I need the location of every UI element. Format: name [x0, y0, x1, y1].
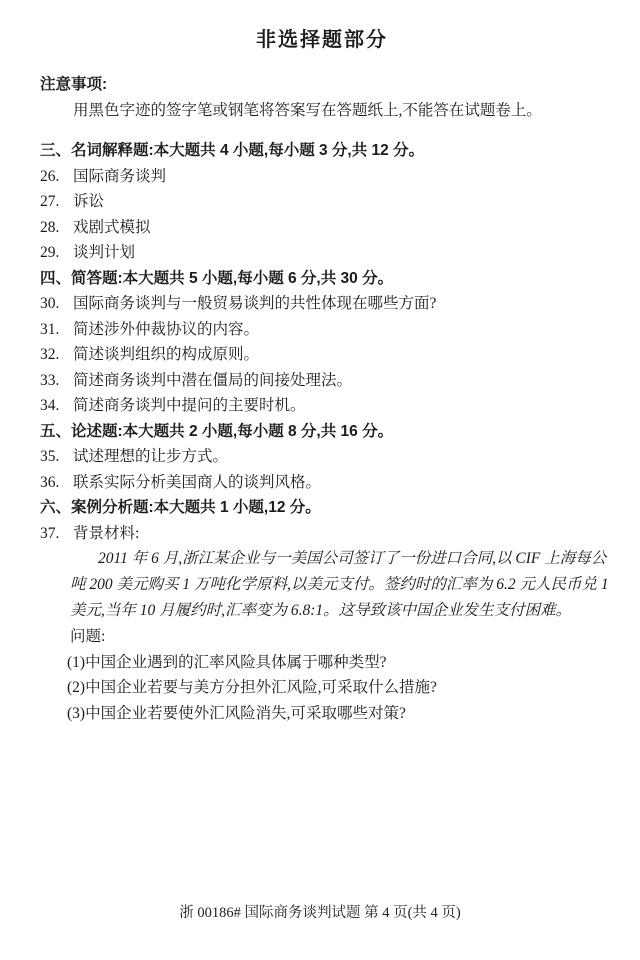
question-number: 27.	[40, 189, 73, 215]
question-number: 34.	[40, 393, 73, 419]
page-title: 非选择题部分	[40, 27, 604, 53]
question-item-30: 30. 国际商务谈判与一般贸易谈判的共性体现在哪些方面?	[40, 291, 604, 317]
case-question-3: (3)中国企业若要使外汇风险消失,可采取哪些对策?	[67, 701, 604, 727]
question-text: 戏剧式模拟	[73, 215, 151, 241]
question-item-35: 35. 试述理想的让步方式。	[40, 444, 604, 470]
question-item-33: 33. 简述商务谈判中潜在僵局的间接处理法。	[40, 368, 604, 394]
section-heading-3: 三、名词解释题:本大题共 4 小题,每小题 3 分,共 12 分。	[40, 138, 604, 164]
case-question-2: (2)中国企业若要与美方分担外汇风险,可采取什么措施?	[67, 675, 604, 701]
question-text: 国际商务谈判	[73, 164, 166, 190]
case-background-line: 2011 年 6 月,浙江某企业与一美国公司签订了一份进口合同,以 CIF 上海…	[70, 546, 604, 572]
case-questions-label: 问题:	[70, 624, 604, 650]
section-heading-5: 五、论述题:本大题共 2 小题,每小题 8 分,共 16 分。	[40, 419, 604, 445]
question-text: 背景材料:	[73, 521, 139, 547]
case-background-line: 吨 200 美元购买 1 万吨化学原料,以美元支付。签约时的汇率为 6.2 元人…	[70, 572, 604, 598]
notice-text: 用黑色字迹的签字笔或钢笔将答案写在答题纸上,不能答在试题卷上。	[40, 98, 604, 124]
section-heading-4: 四、简答题:本大题共 5 小题,每小题 6 分,共 30 分。	[40, 266, 604, 292]
question-text: 联系实际分析美国商人的谈判风格。	[73, 470, 321, 496]
question-number: 32.	[40, 342, 73, 368]
page-footer: 浙 00186# 国际商务谈判试题 第 4 页(共 4 页)	[0, 903, 640, 923]
question-number: 26.	[40, 164, 73, 190]
question-item-27: 27. 诉讼	[40, 189, 604, 215]
question-text: 诉讼	[73, 189, 104, 215]
question-item-34: 34. 简述商务谈判中提问的主要时机。	[40, 393, 604, 419]
exam-paper-page: 非选择题部分 注意事项: 用黑色字迹的签字笔或钢笔将答案写在答题纸上,不能答在试…	[0, 0, 640, 960]
question-item-32: 32. 简述谈判组织的构成原则。	[40, 342, 604, 368]
page-content: 非选择题部分 注意事项: 用黑色字迹的签字笔或钢笔将答案写在答题纸上,不能答在试…	[0, 27, 640, 726]
question-text: 简述谈判组织的构成原则。	[73, 342, 259, 368]
question-item-28: 28. 戏剧式模拟	[40, 215, 604, 241]
notice-label: 注意事项:	[40, 72, 604, 98]
question-text: 简述涉外仲裁协议的内容。	[73, 317, 259, 343]
question-number: 31.	[40, 317, 73, 343]
question-item-37: 37. 背景材料:	[40, 521, 604, 547]
question-number: 37.	[40, 521, 73, 547]
question-item-31: 31. 简述涉外仲裁协议的内容。	[40, 317, 604, 343]
question-text: 国际商务谈判与一般贸易谈判的共性体现在哪些方面?	[73, 291, 436, 317]
question-text: 谈判计划	[73, 240, 135, 266]
section-heading-6: 六、案例分析题:本大题共 1 小题,12 分。	[40, 495, 604, 521]
question-item-36: 36. 联系实际分析美国商人的谈判风格。	[40, 470, 604, 496]
question-text: 简述商务谈判中提问的主要时机。	[73, 393, 306, 419]
question-number: 29.	[40, 240, 73, 266]
question-number: 30.	[40, 291, 73, 317]
question-number: 35.	[40, 444, 73, 470]
question-item-26: 26. 国际商务谈判	[40, 164, 604, 190]
question-number: 33.	[40, 368, 73, 394]
question-text: 试述理想的让步方式。	[73, 444, 228, 470]
question-number: 28.	[40, 215, 73, 241]
case-background-line: 美元,当年 10 月履约时,汇率变为 6.8:1。这导致该中国企业发生支付困难。	[70, 598, 604, 624]
case-question-1: (1)中国企业遇到的汇率风险具体属于哪种类型?	[67, 650, 604, 676]
question-number: 36.	[40, 470, 73, 496]
question-item-29: 29. 谈判计划	[40, 240, 604, 266]
question-text: 简述商务谈判中潜在僵局的间接处理法。	[73, 368, 352, 394]
